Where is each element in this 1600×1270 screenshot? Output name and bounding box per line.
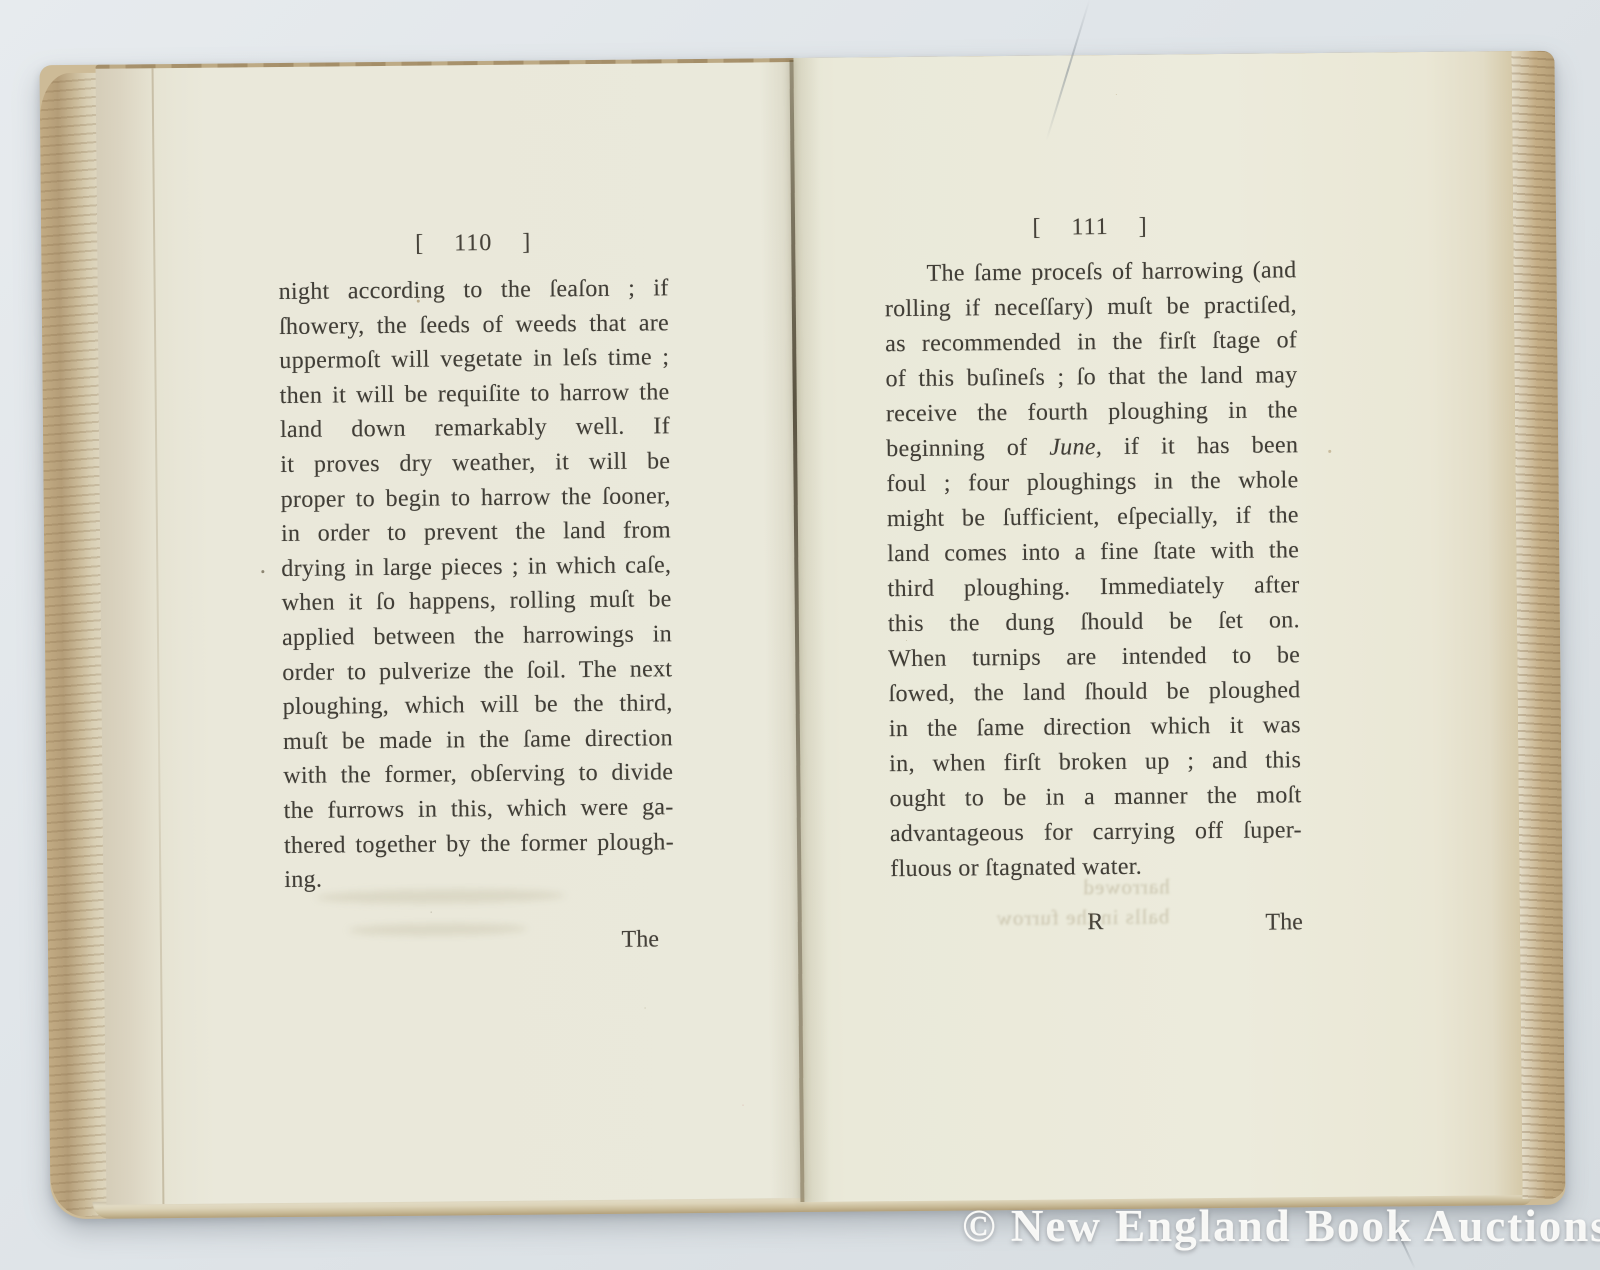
right-page-header: [ 111 ] (884, 209, 1296, 245)
auction-watermark: © New England Book Auctions (962, 1200, 1600, 1252)
text-line: mightbeſufficient,eſpecially,ifthe (887, 498, 1299, 537)
right-page-body: Theſameproceſsofharrowing(and rollingifn… (884, 253, 1302, 887)
text-line: thisthedungſhouldbeſeton. (888, 603, 1300, 642)
text-line: rollingifneceſſary)muſtbepractiſed, (885, 288, 1297, 327)
left-page-header: [ 110 ] (278, 225, 668, 261)
text-line: inordertopreventthelandfrom (281, 513, 671, 551)
bleedthrough-text: balls in the furrow (996, 904, 1170, 931)
text-line: ſowed,thelandſhouldbeploughed (888, 673, 1300, 712)
text-line: nightaccordingtotheſeaſon;if (279, 271, 669, 309)
text-line: thefurrowsinthis,whichwerega- (284, 790, 674, 828)
text-line: in,whenfirſtbrokenup;andthis (889, 743, 1301, 782)
text-line: propertobegintoharrowtheſooner, (281, 479, 671, 517)
text-line: muſtbemadeintheſamedirection (283, 721, 673, 759)
text-line: uppermoſtwillvegetateinleſstime; (279, 340, 669, 378)
photo-background: { "left_page": { "bracket_open": "[", "p… (0, 0, 1600, 1270)
right-catchword: The (1265, 909, 1303, 936)
text-line: thenitwillberequiſitetoharrowthe (280, 375, 670, 413)
text-line: oughttobeinamannerthemoſt (889, 778, 1301, 817)
text-line: appliedbetweentheharrowingsin (282, 617, 672, 655)
text-line: foul;fourploughingsinthewhole (886, 463, 1298, 502)
text-line: Whenturnipsareintendedtobe (888, 638, 1300, 677)
bracket-close: ] (522, 229, 531, 256)
bracket-open: [ (1032, 214, 1041, 241)
left-page-text: [ 110 ] nightaccordingtotheſeaſon;if ſho… (278, 225, 674, 897)
text-line: intheſamedirectionwhichitwas (889, 708, 1301, 747)
text-line: ſhowery,theſeedsofweedsthatare (279, 306, 669, 344)
text-line: advantageousforcarryingoffſuper- (890, 813, 1302, 852)
text-line: ordertopulverizetheſoil.Thenext (282, 652, 672, 690)
text-line: beginningofJune,ifithasbeen (886, 428, 1298, 467)
right-page-text: [ 111 ] Theſameproceſsofharrowing(and ro… (884, 209, 1302, 887)
text-line: itprovesdryweather,itwillbe (280, 444, 670, 482)
text-line: withtheformer,obſervingtodivide (283, 756, 673, 794)
page-number: 111 (1071, 214, 1108, 241)
page-number: 110 (454, 229, 492, 256)
bracket-close: ] (1139, 213, 1148, 240)
left-page-body: nightaccordingtotheſeaſon;if ſhowery,the… (279, 271, 675, 897)
text-line: ofthisbuſineſs;ſothatthelandmay (885, 358, 1297, 397)
text-line: thirdploughing.Immediatelyafter (887, 568, 1299, 607)
text-line: Theſameproceſsofharrowing(and (884, 253, 1296, 292)
text-line: asrecommendedinthefirſtſtageof (885, 323, 1297, 362)
text-line: dryinginlargepieces;inwhichcaſe, (281, 548, 671, 586)
open-book: [ 110 ] nightaccordingtotheſeaſon;if ſho… (39, 51, 1565, 1219)
text-line: ploughing,whichwillbethethird, (283, 686, 673, 724)
text-line: landdownremarkablywell.If (280, 410, 670, 448)
bracket-open: [ (415, 230, 424, 257)
bleedthrough-text: harrowed (1082, 874, 1170, 900)
text-line: whenitſohappens,rollingmuſtbe (282, 583, 672, 621)
text-line: receivethefourthploughinginthe (886, 393, 1298, 432)
text-line: theredtogetherbytheformerplough- (284, 825, 674, 863)
text-line: landcomesintoafineſtatewiththe (887, 533, 1299, 572)
foxing-specks (417, 300, 420, 303)
